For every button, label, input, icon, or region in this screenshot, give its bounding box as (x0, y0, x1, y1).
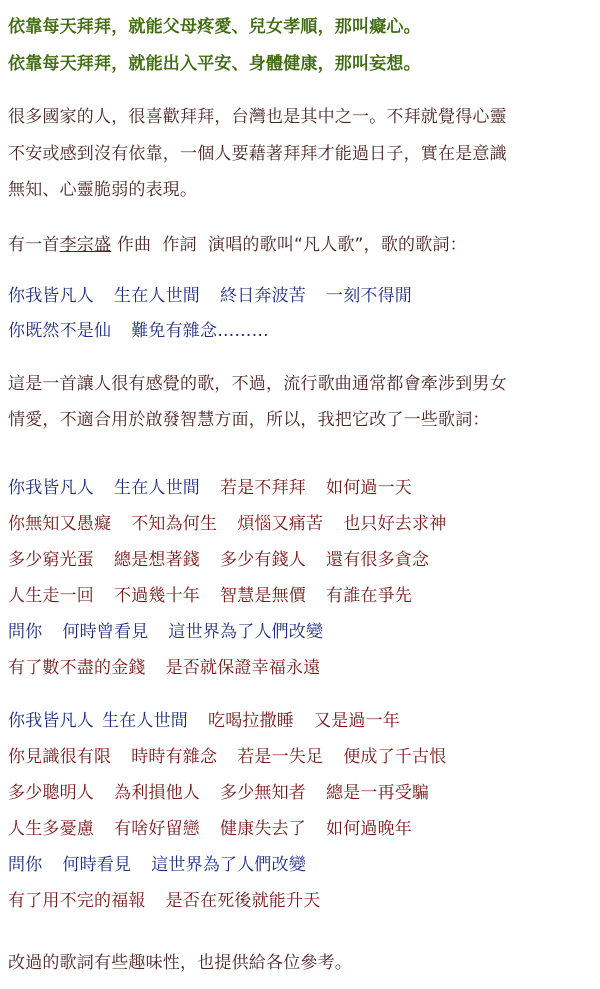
lyric-line: 你我皆凡人生在人世間吃喝拉撒睡又是過一年 (8, 710, 400, 732)
artist-link[interactable]: 李宗盛 (60, 235, 112, 255)
intro-paragraph-line-1: 很多國家的人，很喜歡拜拜，台灣也是其中之一。不拜就覺得心靈 (8, 106, 507, 128)
lyric-phrase: 何時看見 (62, 855, 131, 875)
article-page: 依靠每天拜拜，就能父母疼愛、兒女孝順，那叫癡心。 依靠每天拜拜，就能出入平安、身… (0, 0, 600, 989)
lyric-phrase: 有了用不完的福報 (8, 891, 146, 911)
lyric-line: 有了數不盡的金錢是否就保證幸福永遠 (8, 657, 320, 679)
lyric-phrase: 不知為何生 (131, 514, 217, 534)
lyric-phrase: 健康失去了 (220, 819, 306, 839)
lyric-phrase: 一刻不得閒 (326, 286, 412, 306)
lyric-phrase: 有啥好留戀 (114, 819, 200, 839)
lyric-phrase: 如何過晚年 (326, 819, 412, 839)
lyric-phrase: 你既然不是仙 (8, 321, 111, 341)
lyric-phrase: 問你 (8, 622, 42, 642)
song-intro-prefix: 有一首 (8, 235, 60, 255)
lyric-line: 人生多憂慮有啥好留戀健康失去了如何過晚年 (8, 818, 412, 840)
lyric-phrase: 你見識很有限 (8, 747, 111, 767)
lyric-phrase: 有誰在爭先 (326, 586, 412, 606)
lyric-line: 你我皆凡人生在人世間若是不拜拜如何過一天 (8, 477, 412, 499)
lyric-phrase: 終日奔波苦 (220, 286, 306, 306)
headline-1: 依靠每天拜拜，就能父母疼愛、兒女孝順，那叫癡心。 (8, 16, 421, 38)
lyric-phrase: 多少聰明人 (8, 783, 94, 803)
lyric-phrase: 你我皆凡人 (8, 286, 94, 306)
lyric-phrase: 多少有錢人 (220, 550, 306, 570)
lyric-phrase: 吃喝拉撒睡 (208, 711, 294, 731)
intro-paragraph-line-3: 無知、心靈脆弱的表現。 (8, 179, 197, 201)
lyric-phrase: 問你 (8, 855, 42, 875)
lyric-phrase: 如何過一天 (326, 478, 412, 498)
closing-text: 改過的歌詞有些趣味性，也提供給各位參考。 (8, 952, 352, 974)
lyric-phrase: 又是過一年 (314, 711, 400, 731)
lyric-phrase: 總是一再受騙 (326, 783, 429, 803)
lyric-phrase: 不過幾十年 (114, 586, 200, 606)
lyric-phrase: 你無知又愚癡 (8, 514, 111, 534)
lyric-phrase: 若是不拜拜 (220, 478, 306, 498)
song-intro: 有一首李宗盛 作曲 作詞 演唱的歌叫“凡人歌”，歌的歌詞： (8, 234, 467, 256)
comment-paragraph-line-2: 情愛，不適合用於啟發智慧方面，所以，我把它改了一些歌詞： (8, 409, 490, 431)
lyric-phrase: 是否就保證幸福永遠 (166, 658, 321, 678)
lyric-phrase: 人生多憂慮 (8, 819, 94, 839)
lyric-phrase: 還有很多貪念 (326, 550, 429, 570)
lyric-phrase: 生在人世間 (102, 711, 188, 731)
lyric-phrase: 你我皆凡人 (8, 478, 94, 498)
song-intro-suffix: 作曲 作詞 演唱的歌叫“凡人歌”，歌的歌詞： (111, 235, 467, 255)
lyric-phrase: 這世界為了人們改變 (168, 622, 323, 642)
lyric-phrase: 總是想著錢 (114, 550, 200, 570)
lyric-phrase: 多少窮光蛋 (8, 550, 94, 570)
lyric-line: 問你何時看見這世界為了人們改變 (8, 854, 306, 876)
lyric-phrase: 生在人世間 (114, 478, 200, 498)
lyric-phrase: 時時有雜念 (131, 747, 217, 767)
lyric-phrase: 生在人世間 (114, 286, 200, 306)
lyric-phrase: 多少無知者 (220, 783, 306, 803)
lyric-phrase: 有了數不盡的金錢 (8, 658, 146, 678)
lyric-phrase: 是否在死後就能升天 (166, 891, 321, 911)
lyric-line: 問你何時曾看見這世界為了人們改變 (8, 621, 323, 643)
original-lyric-line-2: 你既然不是仙難免有雜念……… (8, 320, 269, 342)
lyric-phrase: 智慧是無價 (220, 586, 306, 606)
lyric-line: 人生走一回不過幾十年智慧是無價有誰在爭先 (8, 585, 412, 607)
lyric-line: 多少聰明人為利損他人多少無知者總是一再受騙 (8, 782, 429, 804)
lyric-phrase: 若是一失足 (237, 747, 323, 767)
lyric-line: 你見識很有限時時有雜念若是一失足便成了千古恨 (8, 746, 446, 768)
lyric-phrase: 也只好去求神 (343, 514, 446, 534)
lyric-phrase: 人生走一回 (8, 586, 94, 606)
lyric-phrase: 何時曾看見 (62, 622, 148, 642)
lyric-phrase: 為利損他人 (114, 783, 200, 803)
lyric-phrase: 難免有雜念……… (131, 321, 269, 341)
lyric-phrase: 便成了千古恨 (343, 747, 446, 767)
lyric-phrase: 你我皆凡人 (8, 711, 94, 731)
lyric-phrase: 這世界為了人們改變 (151, 855, 306, 875)
headline-2: 依靠每天拜拜，就能出入平安、身體健康，那叫妄想。 (8, 53, 421, 75)
lyric-line: 有了用不完的福報是否在死後就能升天 (8, 890, 320, 912)
comment-paragraph-line-1: 這是一首讓人很有感覺的歌，不過，流行歌曲通常都會牽涉到男女 (8, 373, 507, 395)
lyric-phrase: 煩惱又痛苦 (237, 514, 323, 534)
intro-paragraph-line-2: 不安或感到沒有依靠，一個人要藉著拜拜才能過日子，實在是意識 (8, 143, 507, 165)
lyric-line: 你無知又愚癡不知為何生煩惱又痛苦也只好去求神 (8, 513, 446, 535)
original-lyric-line-1: 你我皆凡人生在人世間終日奔波苦一刻不得閒 (8, 285, 412, 307)
lyric-line: 多少窮光蛋總是想著錢多少有錢人還有很多貪念 (8, 549, 429, 571)
